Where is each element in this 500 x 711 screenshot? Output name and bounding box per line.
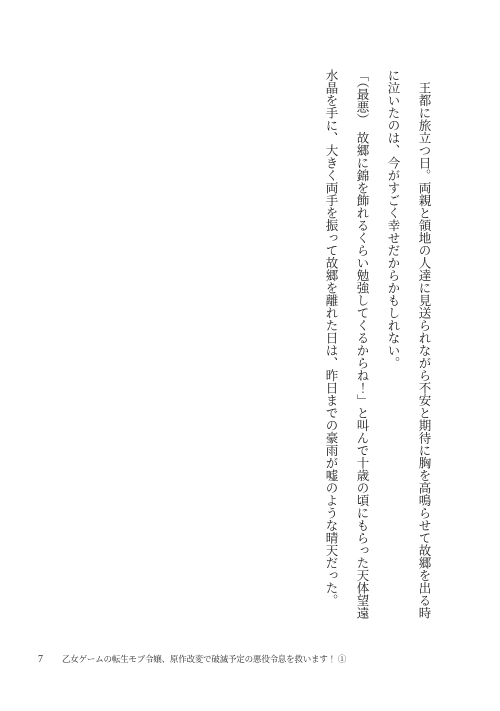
- text-line: 水晶を手に、大きく両手を振って故郷を離れた日は、昨日までの豪雨が嘘のような晴天だ…: [315, 69, 346, 629]
- book-page: 王都に旅立つ日。両親と領地の人達に見送られながら不安と期待に胸を高鳴らせて故郷を…: [0, 0, 500, 711]
- page-footer: 7 乙女ゲームの転生モブ令嬢、原作改変で破滅予定の悪役令息を救います！ ①: [38, 653, 346, 665]
- running-title: 乙女ゲームの転生モブ令嬢、原作改変で破滅予定の悪役令息を救います！ ①: [62, 653, 346, 665]
- body-text: 王都に旅立つ日。両親と領地の人達に見送られながら不安と期待に胸を高鳴らせて故郷を…: [315, 69, 439, 629]
- page-number: 7: [38, 654, 43, 665]
- text-line: に泣いたのは、今がすごく幸せだからかもしれない。: [377, 69, 408, 629]
- text-line: 「（最悪） 故郷に錦を飾れるくらい勉強してくるからね！」と叫んで十歳の頃にもらっ…: [346, 69, 377, 629]
- text-line: 王都に旅立つ日。両親と領地の人達に見送られながら不安と期待に胸を高鳴らせて故郷を…: [408, 69, 439, 629]
